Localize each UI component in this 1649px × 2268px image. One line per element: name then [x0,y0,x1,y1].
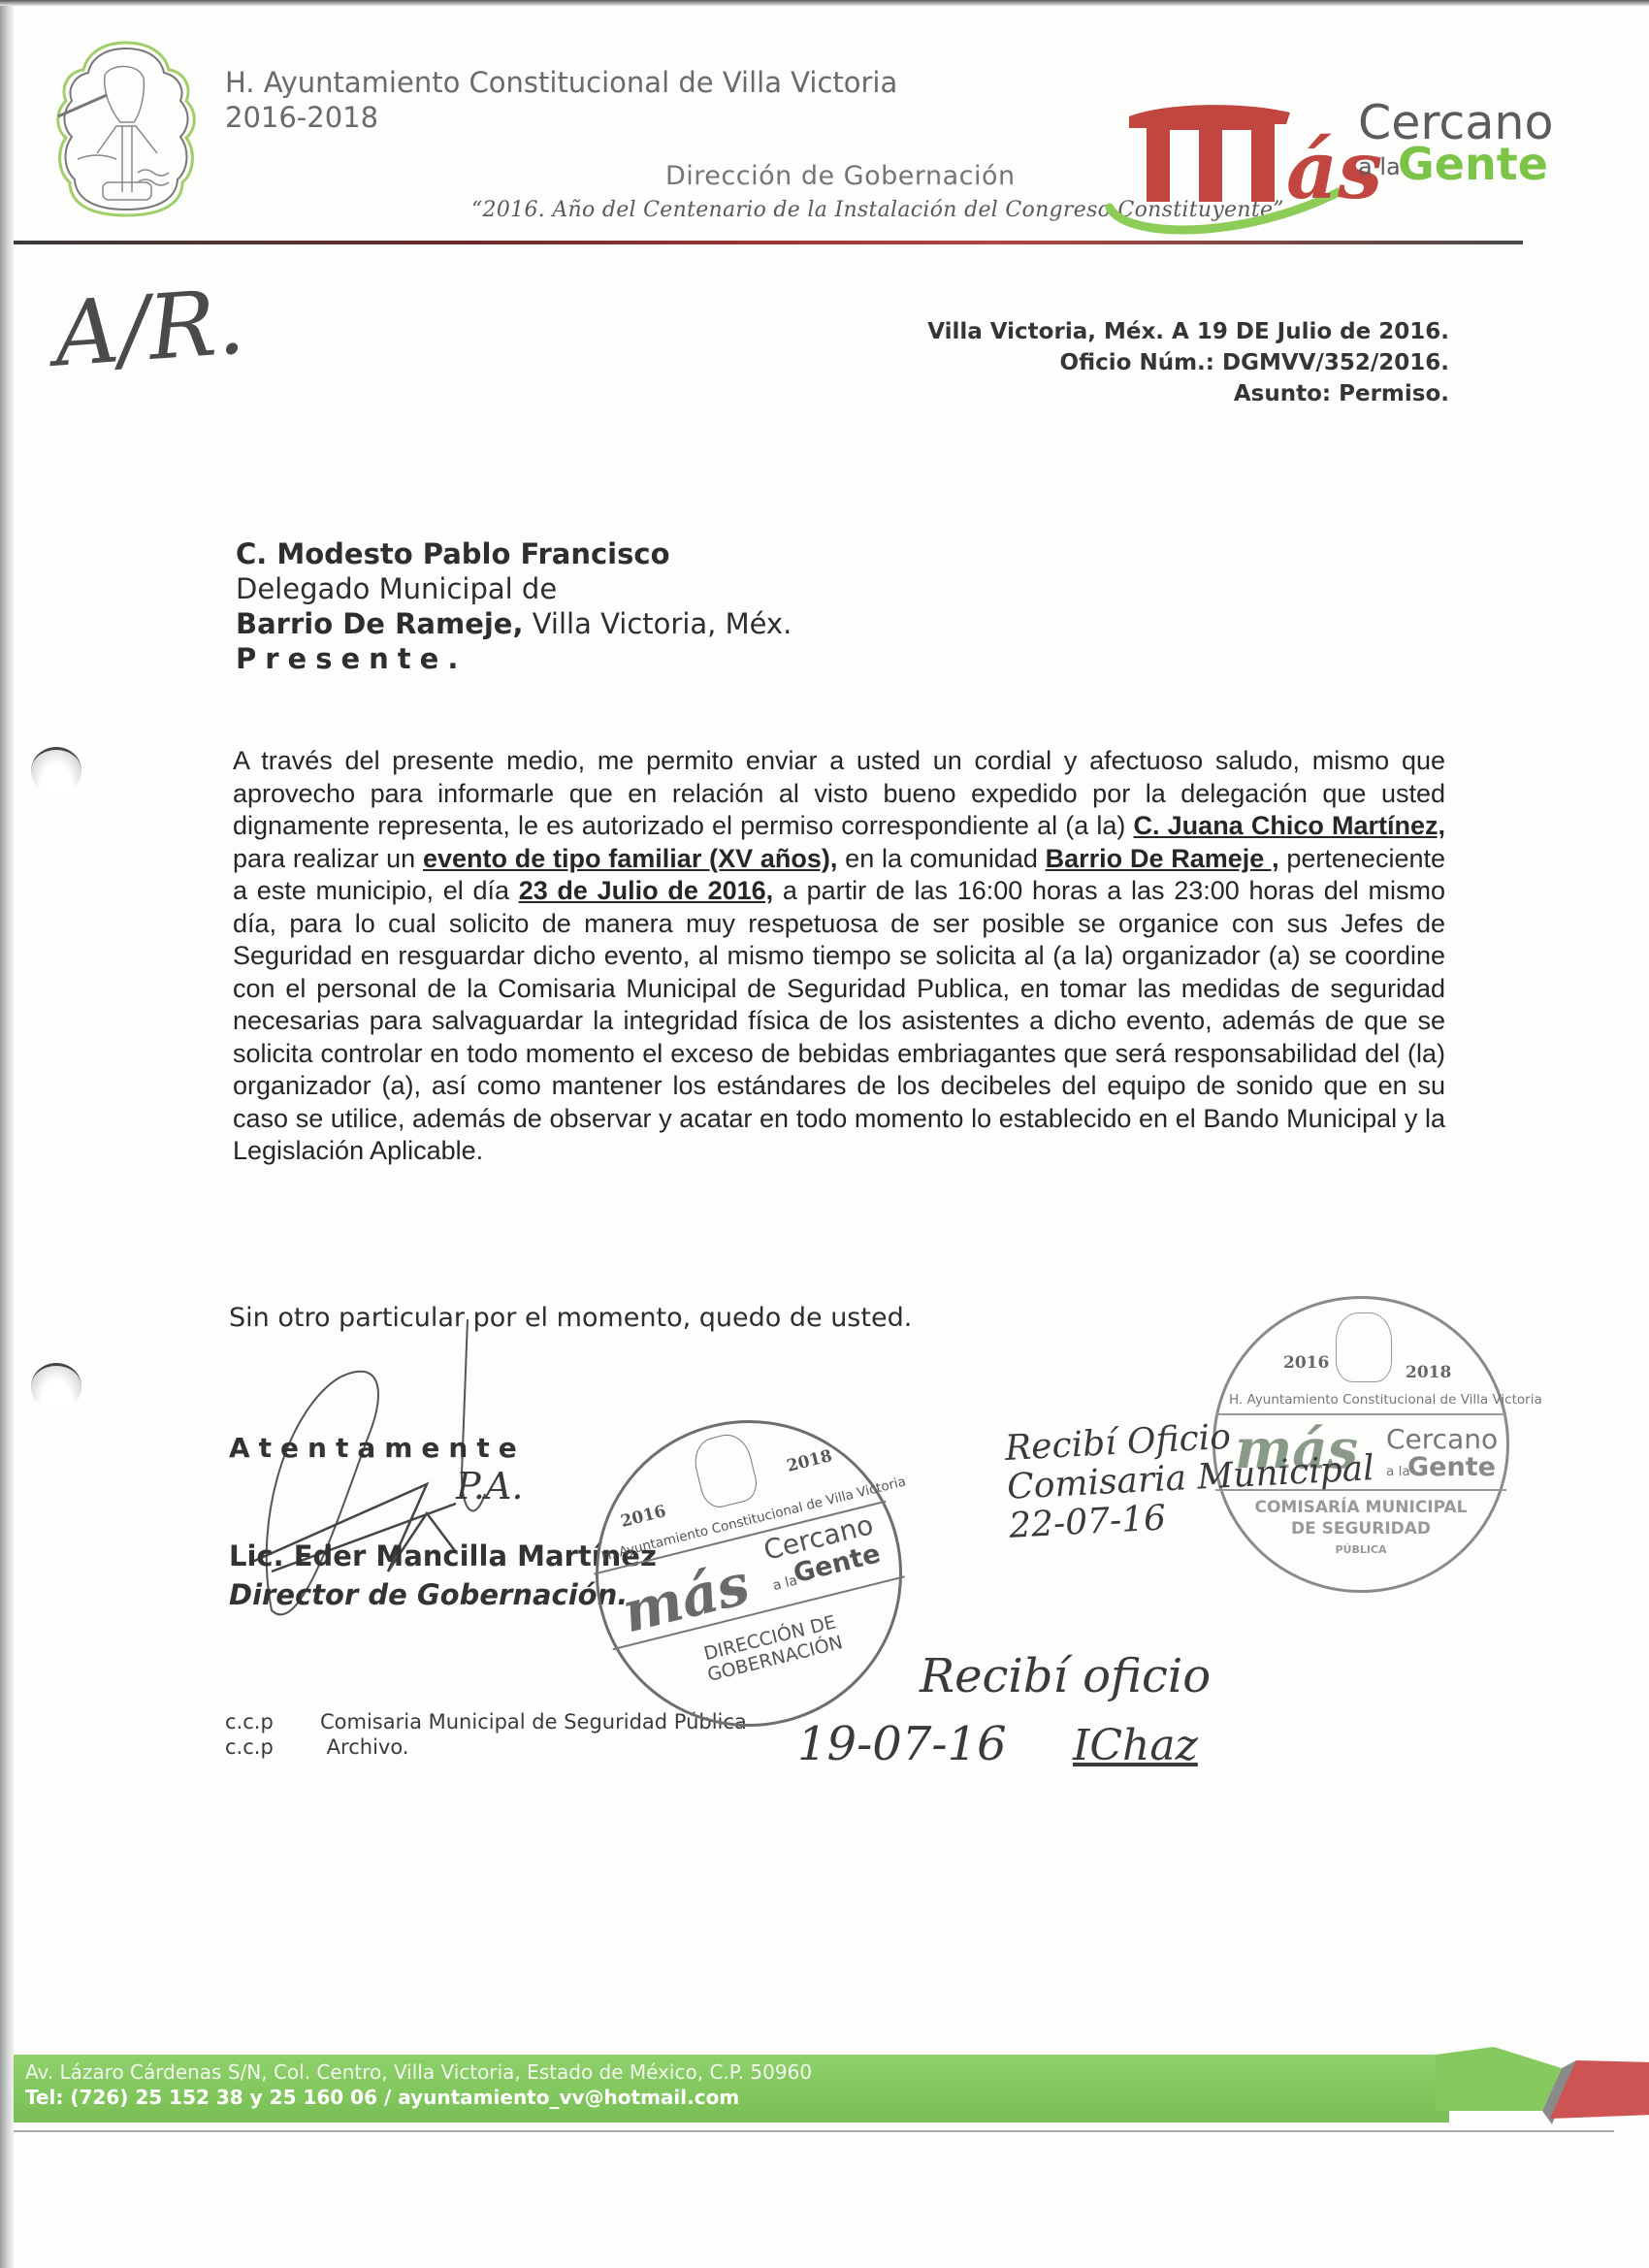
handwritten-receipt-delegado: Recibí oficio [920,1649,1211,1703]
administration-period: 2016-2018 [225,101,378,134]
atentamente: Atentamente [229,1432,526,1464]
community-rest: Villa Victoria, Méx. [524,607,792,640]
addressee-name: C. Modesto Pablo Francisco [236,536,792,571]
footer-address: Av. Lázaro Cárdenas S/N, Col. Centro, Vi… [25,2060,812,2084]
event-type: evento de tipo familiar (XV años), [423,844,837,873]
body-paragraph: A través del presente medio, me permito … [233,745,1445,1168]
body-text: a partir de las 16:00 horas a las 23:00 … [233,876,1445,1165]
carbon-copy-list: c.c.pComisaria Municipal de Seguridad Pú… [225,1709,747,1760]
logo-a-la-text: a la [1358,153,1401,180]
logo-gente-text: Gente [1398,138,1548,190]
body-text: en la comunidad [837,844,1045,873]
addressee-community: Barrio De Rameje, Villa Victoria, Méx. [236,606,792,641]
handwritten-receipt-date: 19-07-16 [797,1717,1007,1771]
ccp-item: c.c.p Archivo. [225,1734,747,1760]
footer-contact: Tel: (726) 25 152 38 y 25 160 06 / ayunt… [25,2086,739,2109]
ccp-item: c.c.pComisaria Municipal de Seguridad Pú… [225,1709,747,1734]
event-community: Barrio De Rameje , [1046,844,1279,873]
oficio-number: Oficio Núm.: DGMVV/352/2016. [927,347,1449,378]
addressee-block: C. Modesto Pablo Francisco Delegado Muni… [236,536,792,676]
header-divider [14,241,1523,244]
signer-name: Lic. Eder Mancilla Martínez [229,1539,657,1572]
handwritten-receipt-comisaria: Recibí Oficio Comisaria Municipal 22-07-… [1004,1410,1377,1546]
organization-name: H. Ayuntamiento Constitucional de Villa … [225,66,897,99]
signature-initials: P.A. [456,1465,523,1507]
footer-underline [14,2130,1614,2132]
scan-edge-shadow [0,0,14,2268]
scan-top-edge [0,0,1649,6]
footer-ribbon-icon [1436,2047,1649,2134]
municipal-crest-icon [48,37,204,221]
body-text: para realizar un [233,844,423,873]
department-name: Dirección de Gobernación [665,161,1016,191]
stamp-crest-icon [690,1430,761,1511]
stamp-crest-icon [1336,1312,1392,1382]
event-date: 23 de Julio de 2016, [519,876,773,905]
beneficiary-name: C. Juana Chico Martínez, [1134,811,1445,840]
presente: Presente. [236,641,792,676]
subject: Asunto: Permiso. [927,378,1449,409]
signer-title: Director de Gobernación. [229,1578,628,1611]
community-bold: Barrio De Rameje, [236,607,524,640]
handwritten-receipt-signature: IChaz [1073,1721,1198,1770]
addressee-role: Delegado Municipal de [236,571,792,606]
hole-punch [31,747,81,794]
place-date: Villa Victoria, Méx. A 19 DE Julio de 20… [927,316,1449,347]
hole-punch [31,1363,81,1410]
handwritten-ar-mark: A/R. [51,270,248,386]
document-meta: Villa Victoria, Méx. A 19 DE Julio de 20… [927,316,1449,409]
